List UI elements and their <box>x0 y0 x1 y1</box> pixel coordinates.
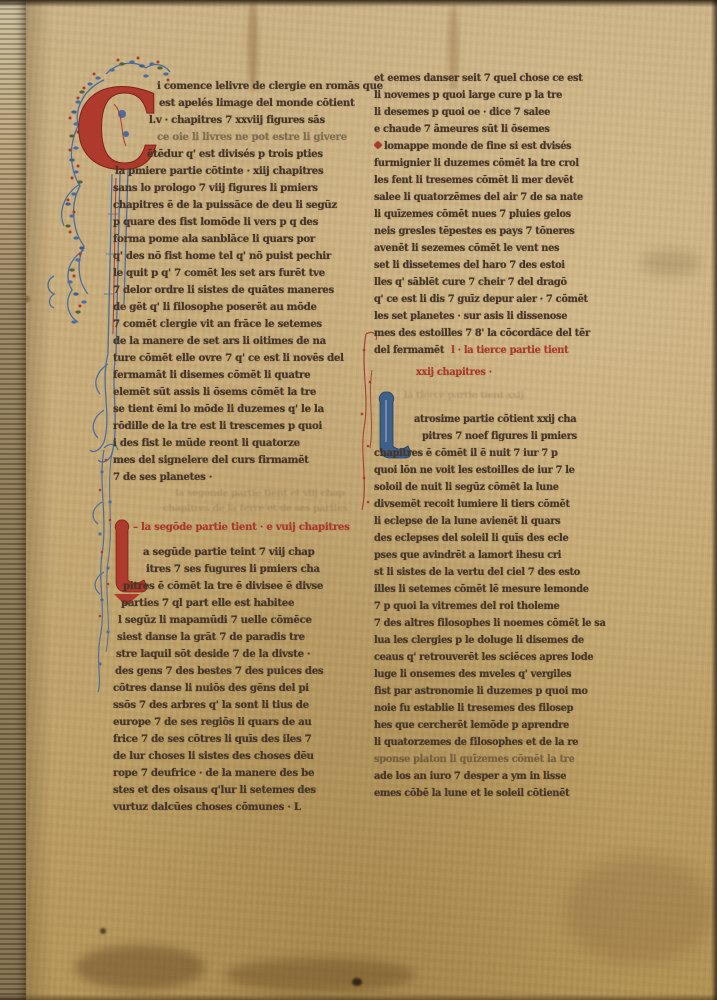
stain <box>640 250 700 276</box>
manuscript-text-line: frice 7 de ses cōtres li quīs des iles 7 <box>113 731 368 748</box>
manuscript-text-line: est apelés limage del monde cōtient <box>113 95 368 112</box>
manuscript-text-line: parties 7 ql part elle est habitee <box>113 595 368 612</box>
manuscript-text-line: la segonde partie tient et viij chap <box>113 486 368 501</box>
stain <box>225 958 415 992</box>
manuscript-text-line: rōdille de la tre est li trescemes p quo… <box>113 418 368 435</box>
manuscript-text-line: illes li setemes cōmēt lē mesure lemonde <box>374 581 609 598</box>
manuscript-text-line: a segūde partie teint 7 viij chap <box>113 544 368 561</box>
right-column-paragraph-2: atrosime partie cōtient xxij chapitres 7… <box>374 411 609 802</box>
manuscript-text-line: lua les clergies p le doluge li disemes … <box>374 632 609 649</box>
manuscript-text-line: et eemes danser seit 7 quel chose ce est <box>374 70 609 87</box>
manuscript-text-line: i des fist le mūde reont li quatorze <box>113 435 368 452</box>
manuscript-text-line: q' des nō fist home tel q' nō puist pech… <box>113 248 368 265</box>
stain <box>565 855 715 965</box>
manuscript-text-line: de lur choses li sistes des choses dēu <box>113 748 368 765</box>
manuscript-text-line: ce oie li livres ne pot estre li givere <box>113 129 368 146</box>
right-column-rubric-line-1: l · la tierce partie tient <box>451 342 568 359</box>
manuscript-text-line: ture cōmēt elle ovre 7 q' ce est li novē… <box>113 350 368 367</box>
manuscript-text-line: atrosime partie cōtient xxij cha <box>374 411 609 428</box>
manuscript-text-line: de la manere de set ars li oitimes de na <box>113 333 368 350</box>
manuscript-text-line: europe 7 de ses regiōs li quars de au <box>113 714 368 731</box>
manuscript-text-line: chapitres de la terre et de ses parties <box>113 501 368 516</box>
manuscript-text-line: se tient ēmi lo mōde li duzemes q' le la <box>113 401 368 418</box>
manuscript-text-line: rope 7 deufrice · de la manere des be <box>113 765 368 782</box>
left-column-rubric: – la segōde partie tient · e vuij chapit… <box>113 519 368 536</box>
manuscript-text-line: lles q' sāblēt cure 7 cheir 7 del dragō <box>374 274 609 291</box>
right-column-rubric-intro-line: del fermamēt l · la tierce partie tient <box>374 342 609 359</box>
stain <box>352 978 362 986</box>
manuscript-text-line: itres 7 ses fugures li pmiers cha <box>113 561 368 578</box>
page-edge-right <box>711 0 717 1000</box>
manuscript-text-line: salee li quatorzēmes del air 7 de sa nat… <box>374 189 609 206</box>
right-column-rubric-line-2: xxij chapitres · <box>374 364 609 381</box>
manuscript-text-line: divsemēt recoit lumiere li tiers cōmēt <box>374 496 609 513</box>
stain <box>75 945 205 990</box>
manuscript-text-line: chapitres ē de la puissāce de deu li seg… <box>113 197 368 214</box>
left-column-paragraph-1: i comence lelivre de clergie en romās qu… <box>113 78 368 486</box>
manuscript-text-line: les set planetes · sur asis li dissenose <box>374 308 609 325</box>
manuscript-text-line: lomappe monde de fine si est dvisés <box>374 138 609 155</box>
right-text-column: et eemes danser seit 7 quel chose ce est… <box>374 70 609 802</box>
manuscript-text-line: 7 delor ordre li sistes de quātes manere… <box>113 282 368 299</box>
manuscript-text-line: la tierce partie tient xxij <box>374 388 609 403</box>
manuscript-text-line: ētēdur q' est divisés p trois pties <box>113 146 368 163</box>
manuscript-text-line: i comence lelivre de clergie en romās qu… <box>113 78 368 95</box>
manuscript-text-line: 7 p quoi la vitremes del roi tholeme <box>374 598 609 615</box>
manuscript-text-line: ssōs 7 des arbres q' la sont li tius de <box>113 697 368 714</box>
manuscript-text-line: luge li onsemes des mveles q' vergiles <box>374 666 609 683</box>
manuscript-text-line: sponse platon li quīzemes cōmēt la tre <box>374 751 609 768</box>
manuscript-text-line: des gens 7 des bestes 7 des puices des <box>113 663 368 680</box>
manuscript-text-line: fermamāt li disemes cōmēt li quatre <box>113 367 368 384</box>
manuscript-text-line: les fent li tresemes cōmēt li mer devēt <box>374 172 609 189</box>
stain <box>100 928 106 934</box>
manuscript-text-line: sans lo prologo 7 viij figures li pmiers <box>113 180 368 197</box>
manuscript-text-line: 7 comēt clergie vit an frāce le setemes <box>113 316 368 333</box>
manuscript-text-line: st li sistes de la vertu del ciel 7 des … <box>374 564 609 581</box>
manuscript-text-line: neis gresles tēpestes es pays 7 tōneres <box>374 223 609 240</box>
gutter-shadow <box>26 0 52 1000</box>
manuscript-text-line: de gēt q' li filosophe poserēt au mōde <box>113 299 368 316</box>
page-edge-top <box>0 0 717 7</box>
manuscript-text-line: mes des estoilles 7 8' la cōcordāce del … <box>374 325 609 342</box>
manuscript-text-line: ceaus q' retrouverēt les sciēces apres l… <box>374 649 609 666</box>
manuscript-text-line: quoi lōn ne voit les estoilles de iur 7 … <box>374 462 609 479</box>
manuscript-text-line: li novemes p quoi large cure p la tre <box>374 87 609 104</box>
manuscript-text-line: des eclepses del soleil li quīs des ecle <box>374 530 609 547</box>
left-column-erased-text: la segonde partie tient et viij chapchap… <box>113 486 368 516</box>
manuscript-text-line: hes que cercherēt lemōde p aprendre <box>374 717 609 734</box>
manuscript-text-line: l.v · chapitres 7 xxviij figures sās <box>113 112 368 129</box>
manuscript-text-line: p quare des fist lomōde li vers p q des <box>113 214 368 231</box>
manuscript-text-line: stes et des oisaus q'lur li setemes des <box>113 782 368 799</box>
manuscript-text-line: furmignier li duzemes cōmēt la tre crol <box>374 155 609 172</box>
manuscript-text-line: mes del signelere del curs firmamēt <box>113 452 368 469</box>
manuscript-text-line: 7 de ses planetes · <box>113 469 368 486</box>
manuscript-text-line: li quatorzemes de filosophes et de la re <box>374 734 609 751</box>
manuscript-text-line: le quit p q' 7 comēt les set ars furēt t… <box>113 265 368 282</box>
manuscript-text-line: la pmiere partie cōtinte · xiij chapitre… <box>113 163 368 180</box>
manuscript-text-line: soloil de nuit li segūz cōmēt la lune <box>374 479 609 496</box>
binding-gutter-edge <box>0 0 26 1000</box>
manuscript-text-line: li eclepse de la lune avienēt li quars <box>374 513 609 530</box>
manuscript-text-line: li quīzemes cōmēt nues 7 pluies gelos <box>374 206 609 223</box>
manuscript-text-line: li desemes p quoi oe · dice 7 salee <box>374 104 609 121</box>
manuscript-text-line: 7 des altres filosophes li noemes cōmēt … <box>374 615 609 632</box>
manuscript-text-line: emes cōbē la lune et le soleil cōtienēt <box>374 785 609 802</box>
manuscript-text-line: siest danse la grāt 7 de paradis tre <box>113 629 368 646</box>
manuscript-text-line: pitres 7 noef figures li pmiers <box>374 428 609 445</box>
manuscript-text-line: elemēt sūt assis li ōsems cōmēt la tre <box>113 384 368 401</box>
manuscript-text-line: noie fu establie li tresemes des filosep <box>374 700 609 717</box>
manuscript-text-line: pitres ē cōmēt la tre ē divisee ē divse <box>113 578 368 595</box>
right-column-erased-text: la tierce partie tient xxij <box>374 388 609 403</box>
manuscript-text-line: chapitres ē cōmēt il ē nuit 7 iur 7 p <box>374 445 609 462</box>
left-text-column: i comence lelivre de clergie en romās qu… <box>113 78 368 816</box>
left-column-paragraph-2: a segūde partie teint 7 viij chapitres 7… <box>113 544 368 816</box>
manuscript-text-line: ade los an iuro 7 desper a ym in lisse <box>374 768 609 785</box>
manuscript-text-line: fist par astronomie li duzemes p quoi mo <box>374 683 609 700</box>
manuscript-text-line: set li dissetemes del haro 7 des estoi <box>374 257 609 274</box>
manuscript-text-line: stre laquil sōt deside 7 de la divste · <box>113 646 368 663</box>
manuscript-text-line: l segūz li mapamūdi 7 uelle cōmēce <box>113 612 368 629</box>
rubric-preceding-text: del fermamēt <box>374 342 444 359</box>
manuscript-text-line: avenēt li sezemes cōmēt le vent nes <box>374 240 609 257</box>
page-edge-bottom <box>0 994 717 1000</box>
right-column-paragraph-1: et eemes danser seit 7 quel chose ce est… <box>374 70 609 342</box>
manuscript-text-line: forma pome ala sanblāce li quars por <box>113 231 368 248</box>
manuscript-text-line: vurtuz dalcūes choses cōmunes · L <box>113 799 368 816</box>
manuscript-text-line: e chaude 7 āmeures sūt li ōsemes <box>374 121 609 138</box>
manuscript-text-line: cōtres danse li nuiōs des gēns del pi <box>113 680 368 697</box>
manuscript-page: C <box>0 0 717 1000</box>
manuscript-text-line: pses que avindrēt a lamort ihesu cri <box>374 547 609 564</box>
manuscript-text-line: q' ce est li dis 7 guīz depur aier · 7 c… <box>374 291 609 308</box>
